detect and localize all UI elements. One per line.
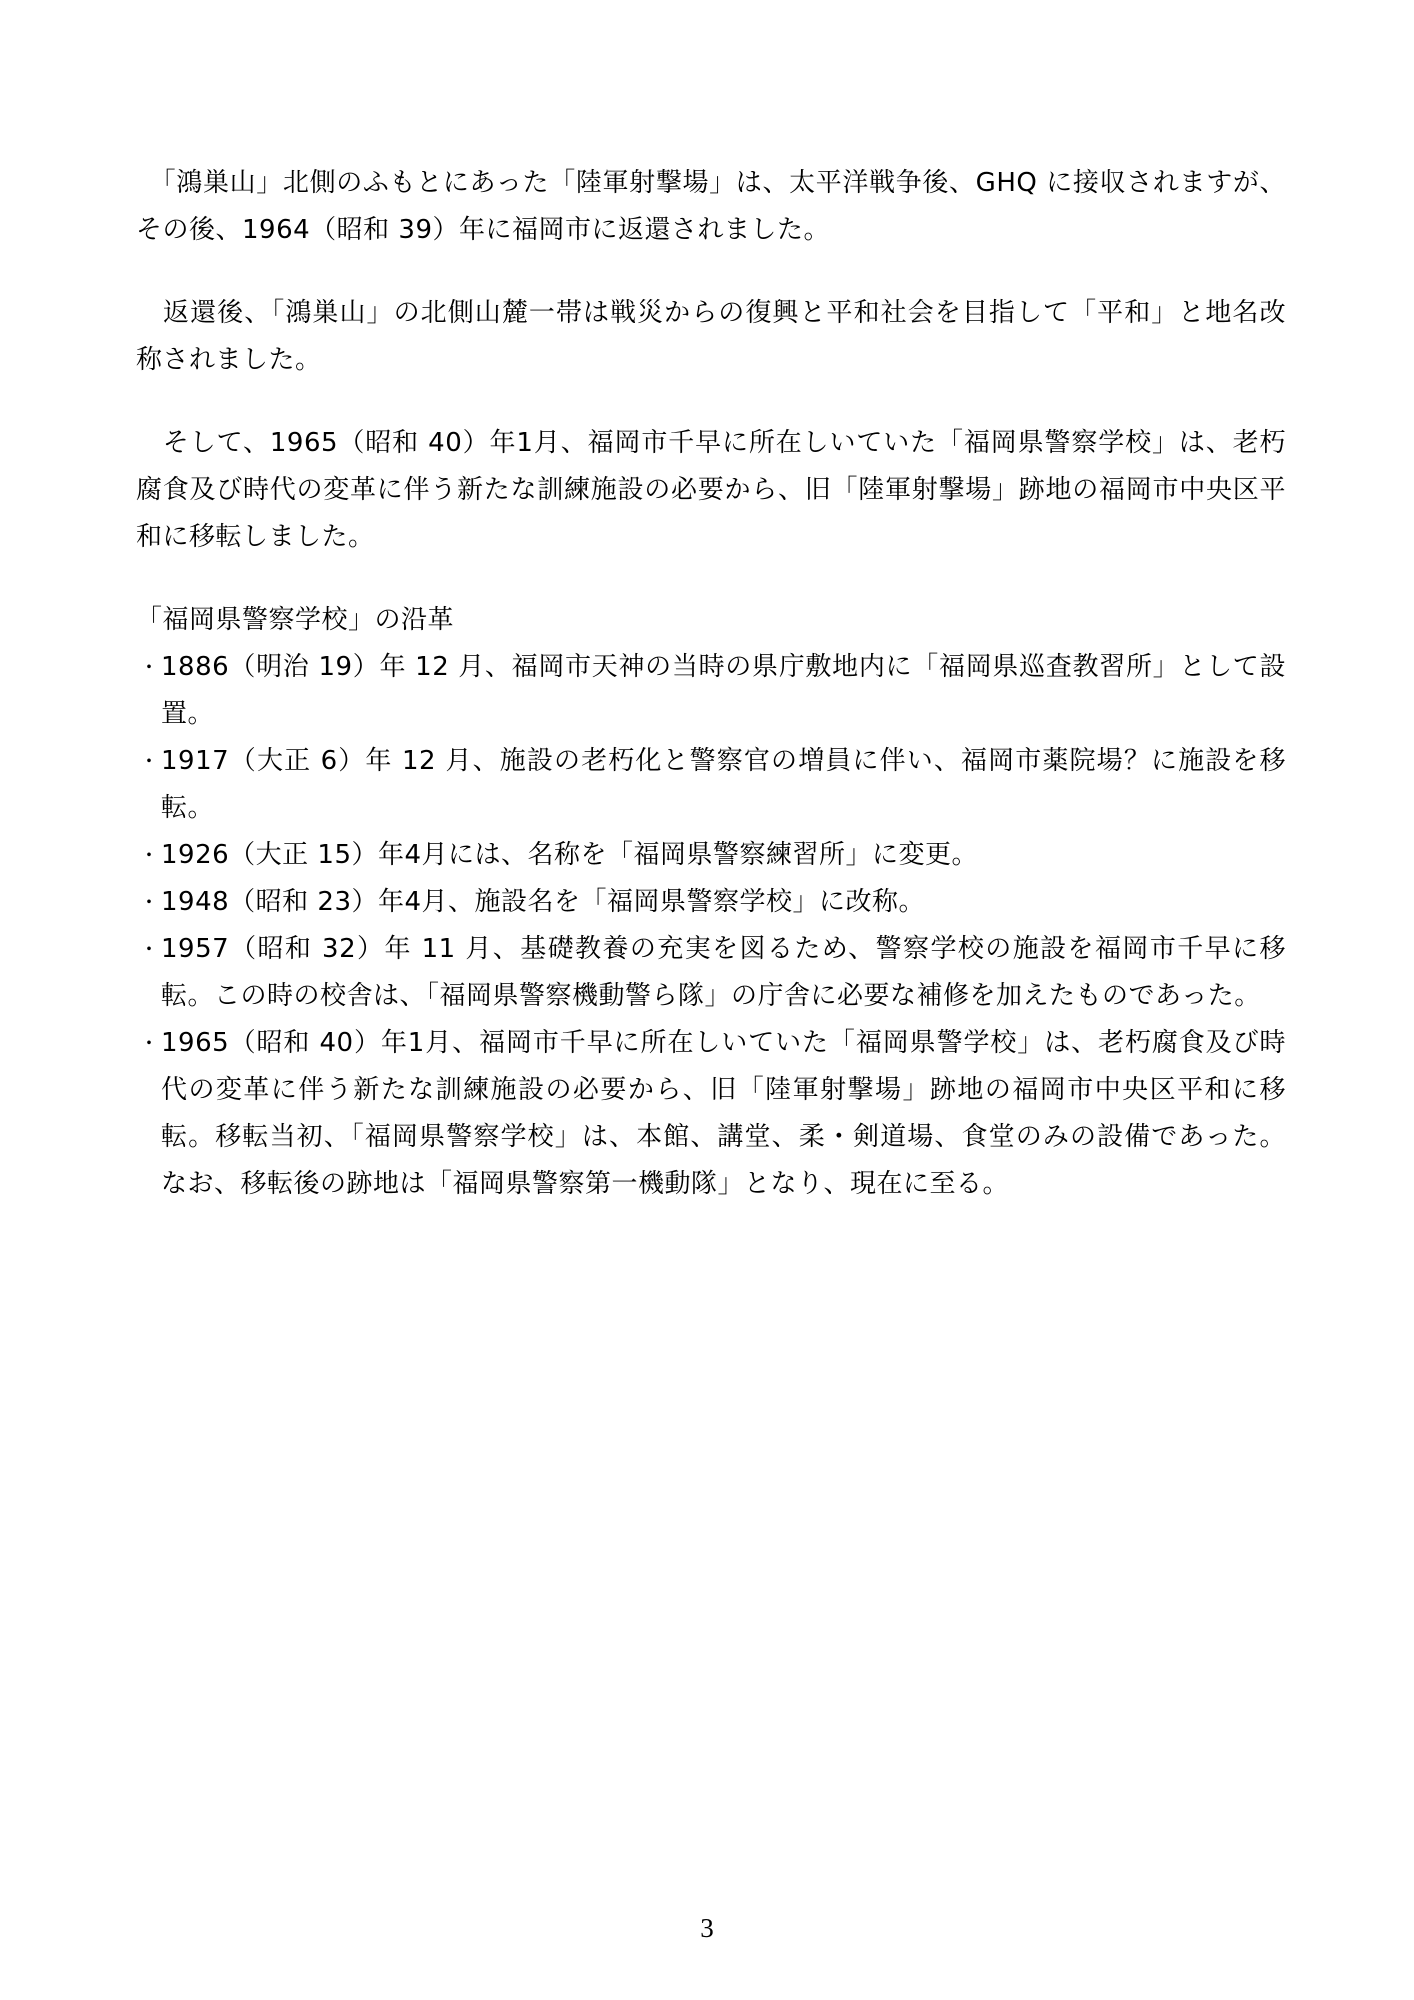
bullet-icon: ・ [139, 926, 161, 973]
history-entry-1957: 1957（昭和 32）年 11 月、基礎教養の充実を図るため、警察学校の施設を福… [161, 926, 1286, 1020]
paragraph-police-school-move: そして、1965（昭和 40）年1月、福岡市千早に所在しいていた「福岡県警察学校… [136, 420, 1286, 561]
bullet-icon: ・ [139, 879, 161, 926]
document-body: 「鴻巣山」北側のふもとにあった「陸軍射撃場」は、太平洋戦争後、GHQ に接収され… [136, 160, 1286, 1208]
paragraph-heiwa-rename: 返還後、「鴻巣山」の北側山麓一帯は戦災からの復興と平和社会を目指して「平和」と地… [136, 290, 1286, 384]
paragraph-army-range-ghq: 「鴻巣山」北側のふもとにあった「陸軍射撃場」は、太平洋戦争後、GHQ に接収され… [136, 160, 1286, 254]
list-item: ・ 1917（大正 6）年 12 月、施設の老朽化と警察官の増員に伴い、福岡市薬… [136, 738, 1286, 832]
bullet-icon: ・ [139, 832, 161, 879]
history-entry-1917: 1917（大正 6）年 12 月、施設の老朽化と警察官の増員に伴い、福岡市薬院場… [161, 738, 1286, 832]
history-entry-1965: 1965（昭和 40）年1月、福岡市千早に所在しいていた「福岡県警学校」は、老朽… [161, 1020, 1286, 1208]
page-number: 3 [0, 1912, 1414, 1944]
history-entry-1926: 1926（大正 15）年4月には、名称を「福岡県警察練習所」に変更。 [161, 832, 1286, 879]
history-heading: 「福岡県警察学校」の沿革 [136, 597, 1286, 644]
bullet-icon: ・ [139, 1020, 161, 1067]
bullet-icon: ・ [139, 644, 161, 691]
history-entry-1886: 1886（明治 19）年 12 月、福岡市天神の当時の県庁敷地内に「福岡県巡査教… [161, 644, 1286, 738]
bullet-icon: ・ [139, 738, 161, 785]
list-item: ・ 1957（昭和 32）年 11 月、基礎教養の充実を図るため、警察学校の施設… [136, 926, 1286, 1020]
list-item: ・ 1965（昭和 40）年1月、福岡市千早に所在しいていた「福岡県警学校」は、… [136, 1020, 1286, 1208]
list-item: ・ 1926（大正 15）年4月には、名称を「福岡県警察練習所」に変更。 [136, 832, 1286, 879]
list-item: ・ 1948（昭和 23）年4月、施設名を「福岡県警察学校」に改称。 [136, 879, 1286, 926]
list-item: ・ 1886（明治 19）年 12 月、福岡市天神の当時の県庁敷地内に「福岡県巡… [136, 644, 1286, 738]
document-page: 「鴻巣山」北側のふもとにあった「陸軍射撃場」は、太平洋戦争後、GHQ に接収され… [0, 0, 1414, 2000]
history-bullet-list: ・ 1886（明治 19）年 12 月、福岡市天神の当時の県庁敷地内に「福岡県巡… [136, 644, 1286, 1208]
history-entry-1948: 1948（昭和 23）年4月、施設名を「福岡県警察学校」に改称。 [161, 879, 1286, 926]
